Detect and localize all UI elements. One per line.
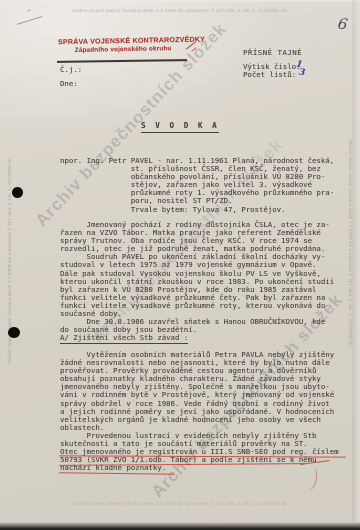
unit-stamp: SPRÁVA VOJENSKÉ KONTRAROZVĚDKY Západního… xyxy=(58,36,188,54)
hole-punch-bottom xyxy=(8,327,20,338)
subject-identification-paragraph: npor. Ing. Petr PAVEL - nar. 1.11.1961 P… xyxy=(60,157,334,214)
document-title: S V O D K A xyxy=(141,121,219,133)
text-line: Trvale bytem: Tylova 47, Prostějov. xyxy=(60,206,334,214)
sheet-count-label: Počet listů: xyxy=(243,71,296,79)
hole-punch-top xyxy=(12,187,23,198)
document-page: Archiv bezpečnostních složek Archiv bezp… xyxy=(0,0,360,530)
handwritten-page-number: 6 xyxy=(337,14,349,33)
findings-paragraph: Vytěžením osobních materiálů Petra PAVLA… xyxy=(60,351,339,472)
pencil-stroke xyxy=(16,16,42,25)
classification-marking: PŘÍSNĚ TAJNÉ xyxy=(243,49,302,57)
letterhead-rule xyxy=(57,59,187,62)
handwritten-sheet-count: 3 xyxy=(298,68,305,79)
scan-bottom-edge xyxy=(0,522,360,530)
biography-paragraph: Jmenovaný pochází z rodiny důstojníka ČS… xyxy=(60,221,334,334)
date-label: Dne: xyxy=(60,80,78,88)
scan-top-edge xyxy=(0,0,360,3)
file-number-label: Č.j.: xyxy=(60,66,82,74)
declassification-notice-top: Zrušen stupeň utajení (svazku) dnem 1.1.… xyxy=(0,8,360,13)
paper-right-edge xyxy=(352,0,360,522)
section-heading: A/ Zjištění všech Stb závad : xyxy=(60,333,188,344)
declassification-notice-right: Zrušen stupeň utajení (svazku) dnem 1.1.… xyxy=(348,140,353,347)
declassification-notice-bottom: Zrušen stupeň utajení (svazku) dnem 1.1.… xyxy=(0,501,360,506)
